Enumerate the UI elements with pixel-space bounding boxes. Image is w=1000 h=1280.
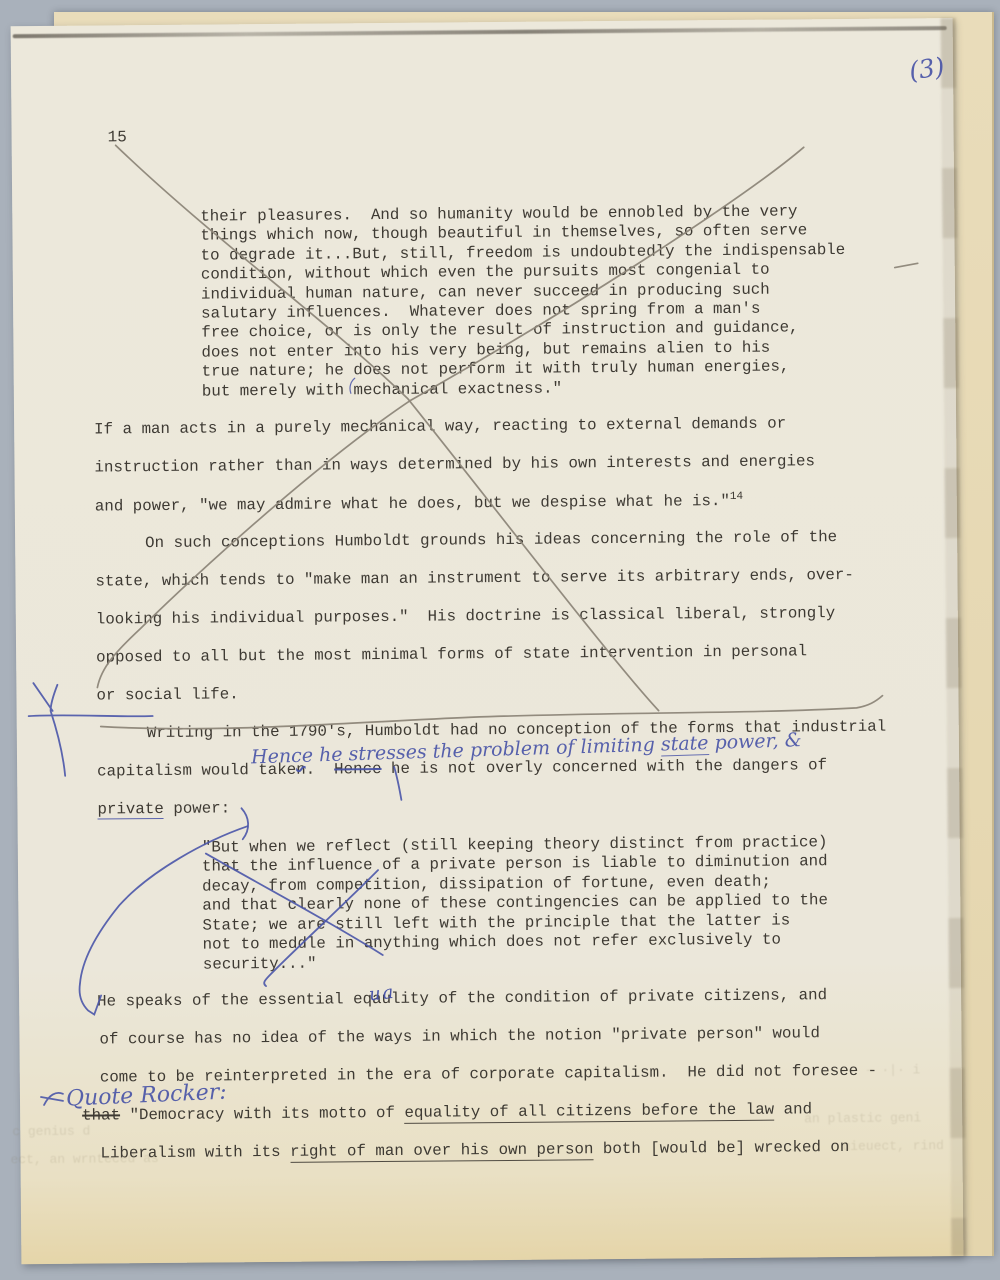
bleedthrough-fragment: c genius d xyxy=(12,1124,90,1140)
paragraph-writing-1790s: Writing in the 1790's, Humboldt had no c… xyxy=(0,0,994,4)
body-line-text: . xyxy=(306,760,335,778)
typo-correction: ua xyxy=(368,982,397,1006)
body-line-text: both [would be] wrecked on xyxy=(593,1138,849,1158)
underlined-word-private: private xyxy=(97,800,164,820)
page-top-edge-smudge xyxy=(13,26,947,38)
paragraph-humboldt-state: On such conceptions Humboldt grounds his… xyxy=(0,0,994,4)
body-line-text: "Democracy with its motto of xyxy=(120,1104,405,1124)
deleted-word-hence: Hence xyxy=(334,760,382,778)
paragraph-mechanical-action: If a man acts in a purely mechanical way… xyxy=(0,0,994,4)
footnote-reference-14: 14 xyxy=(730,491,743,503)
underlined-phrase-right-of-man: right of man over his own person xyxy=(290,1140,594,1163)
blockquote-humboldt-freedom: their pleasures. And so humanity would b… xyxy=(0,0,994,4)
bleedthrough-fragment: – ·|· i xyxy=(866,1062,921,1077)
paragraph-essential-equality: He speaks of the essential eqauuality of… xyxy=(0,0,994,4)
body-line-text: power: xyxy=(164,799,231,818)
typo-letters: auua xyxy=(372,990,391,1008)
page-right-edge-smudge xyxy=(941,18,967,1256)
body-line: or social life. xyxy=(96,685,238,704)
body-line-text: capitalism would take xyxy=(97,761,296,781)
manuscript-photo: 15 (3) their pleasures. And so humanity … xyxy=(0,0,1000,1280)
underlined-phrase-equality: equality of all citizens before the law xyxy=(404,1101,774,1124)
deleted-word-that: that xyxy=(82,1106,120,1124)
body-line: private power: xyxy=(97,799,230,818)
page-tilt-wrap: 15 (3) their pleasures. And so humanity … xyxy=(0,0,1000,1280)
body-line-text: lity of the condition of private citizen… xyxy=(391,986,827,1008)
quote-line: security..." xyxy=(203,955,317,974)
deleted-letter: n xyxy=(296,761,306,779)
bleedthrough-fragment: ect, an wrnteced as xyxy=(10,1151,158,1167)
blockquote-private-person: "But when we reflect (still keeping theo… xyxy=(0,0,994,4)
bleedthrough-fragment: uieuect, rind xyxy=(842,1138,944,1154)
page-number: 15 xyxy=(108,128,127,146)
body-line-text: He speaks of the essential eq xyxy=(97,990,372,1010)
quote-line: but merely with mechanical exactness." xyxy=(202,379,562,400)
corner-page-mark: (3) xyxy=(907,52,946,86)
bleedthrough-fragment: an plastic geni xyxy=(804,1110,921,1126)
interline-note-underlined: state xyxy=(661,732,709,756)
interline-note-post: power, & xyxy=(708,729,802,754)
